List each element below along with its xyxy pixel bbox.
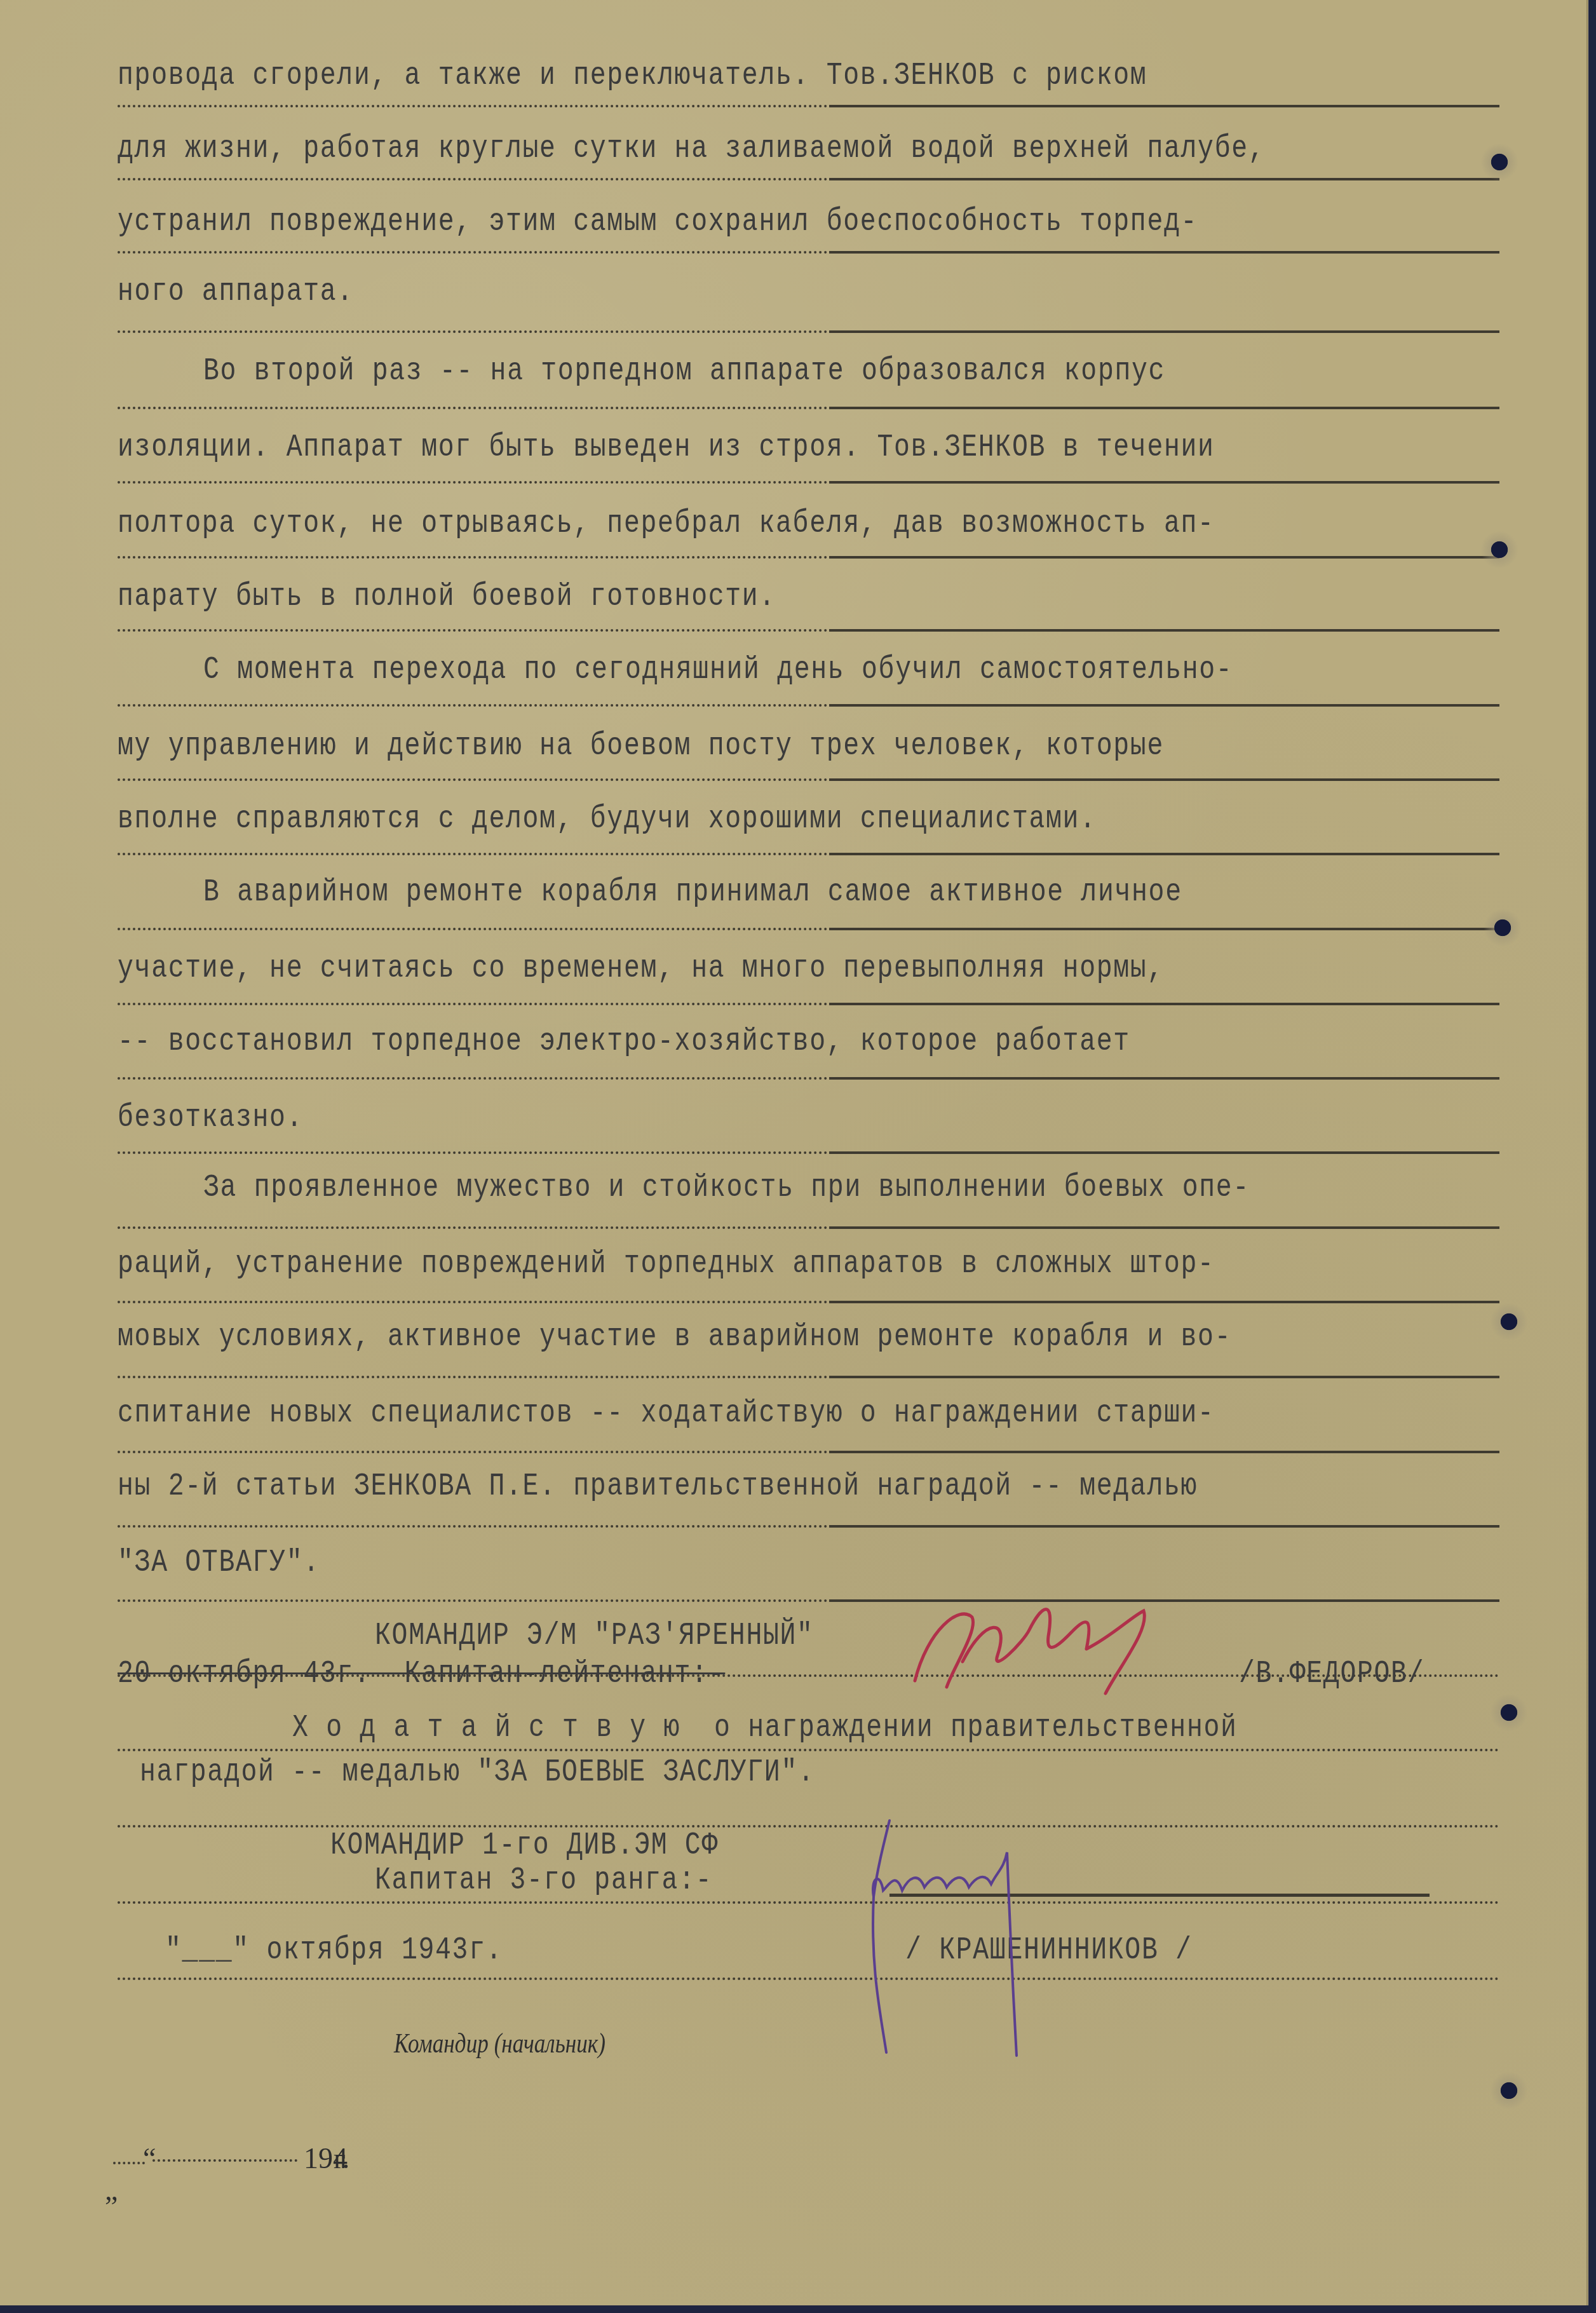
binding-hole [1490, 2072, 1528, 2110]
binding-hole [1490, 1693, 1528, 1732]
body-line-19: спитание новых специалистов -- ходатайст… [118, 1395, 1215, 1433]
body-line-9: С момента перехода по сегодняшний день о… [203, 651, 1233, 689]
ruled-line [118, 1525, 1499, 1528]
commander-title-2: КОМАНДИР 1-го ДИВ.ЭМ СФ [330, 1827, 719, 1865]
ruled-line [118, 1376, 1499, 1378]
commander-rank-2: Капитан 3-го ранга:- [375, 1862, 712, 1900]
commander-title-1: КОМАНДИР Э/М "РАЗ'ЯРЕННЫЙ" [375, 1617, 814, 1655]
ruled-line [118, 1301, 1499, 1303]
body-line-18: мовых условиях, активное участие в авари… [118, 1319, 1231, 1357]
ruled-line [118, 1151, 1499, 1154]
ruled-line [118, 629, 1499, 632]
footer-close-quote: “ [143, 2141, 156, 2175]
body-line-17: раций, устранение повреждений торпедных … [118, 1245, 1215, 1284]
ruled-line [118, 105, 1499, 107]
ruled-line [118, 330, 1499, 333]
ruled-line [118, 778, 1499, 781]
ruled-line [118, 1451, 1499, 1453]
signature-underline [889, 1894, 1430, 1897]
ruled-line [118, 1077, 1499, 1080]
ruled-line [118, 407, 1499, 409]
body-line-14: -- восстановил торпедное электро-хозяйст… [118, 1023, 1130, 1061]
ruled-line [118, 928, 1499, 930]
footer-day-rule [113, 2162, 145, 2164]
ruled-line [118, 481, 1499, 484]
ruled-line [118, 1599, 1499, 1602]
ruled-line [118, 251, 1499, 254]
body-line-4: ного аппарата. [118, 273, 354, 311]
body-line-3: устранил повреждение, этим самым сохрани… [118, 203, 1198, 241]
footer-open-quote: „ [105, 2173, 118, 2207]
body-line-11: вполне справляются с делом, будучи хорош… [118, 801, 1097, 839]
footer-year-suffix: г. [334, 2141, 349, 2175]
page-fold-line [1586, 0, 1588, 2305]
body-line-1: провода сгорели, а также и переключатель… [118, 57, 1147, 95]
body-line-8: парату быть в полной боевой готовности. [118, 578, 776, 616]
body-line-5: Во второй раз -- на торпедном аппарате о… [203, 353, 1165, 391]
body-line-21: "ЗА ОТВАГУ". [118, 1544, 320, 1582]
binding-hole [1484, 909, 1522, 947]
ruled-line [118, 1901, 1499, 1904]
body-line-15: безотказно. [118, 1099, 303, 1137]
body-line-16: За проявленное мужество и стойкость при … [203, 1169, 1250, 1207]
footer-month-rule [152, 2159, 297, 2162]
body-line-10: му управлению и действию на боевом посту… [118, 728, 1164, 766]
ruled-line [118, 1825, 1499, 1828]
signature-fedorov [902, 1592, 1169, 1700]
commander-name-2: / КРАШЕНИННИКОВ / [905, 1932, 1193, 1970]
ruled-line [118, 178, 1499, 180]
ruled-line [118, 1003, 1499, 1005]
ruled-line [118, 556, 1499, 559]
scan-border-bottom [0, 2305, 1596, 2313]
ruled-line [118, 1749, 1499, 1751]
body-line-7: полтора суток, не отрываясь, перебрал ка… [118, 505, 1215, 543]
scan-border-right [1588, 0, 1596, 2313]
commander-name-1: /В.ФЕДОРОВ/ [1239, 1655, 1424, 1693]
body-line-13: участие, не считаясь со временем, на мно… [118, 950, 1164, 988]
body-line-6: изоляции. Аппарат мог быть выведен из ст… [118, 429, 1215, 467]
date-2: "___" октября 1943г. [165, 1932, 503, 1970]
binding-hole [1490, 1303, 1528, 1341]
ruled-line [118, 1977, 1499, 1980]
ruled-line [118, 1226, 1499, 1229]
body-line-12: В аварийном ремонте корабля принимал сам… [203, 874, 1182, 912]
binding-hole [1480, 531, 1518, 569]
body-line-20: ны 2-й статьи ЗЕНКОВА П.Е. правительстве… [118, 1468, 1198, 1506]
ruled-line [118, 853, 1499, 855]
binding-hole [1480, 143, 1518, 181]
form-label-commander: Командир (начальник) [394, 2027, 605, 2059]
petition-line-2: наградой -- медалью "ЗА БОЕВЫЕ ЗАСЛУГИ". [140, 1754, 815, 1792]
petition-line-1: Х о д а т а й с т в у ю о награждении пр… [292, 1709, 1238, 1747]
ruled-line [118, 704, 1499, 707]
document-page: провода сгорели, а также и переключатель… [0, 0, 1588, 2305]
body-line-2: для жизни, работая круглые сутки на зали… [118, 130, 1265, 168]
